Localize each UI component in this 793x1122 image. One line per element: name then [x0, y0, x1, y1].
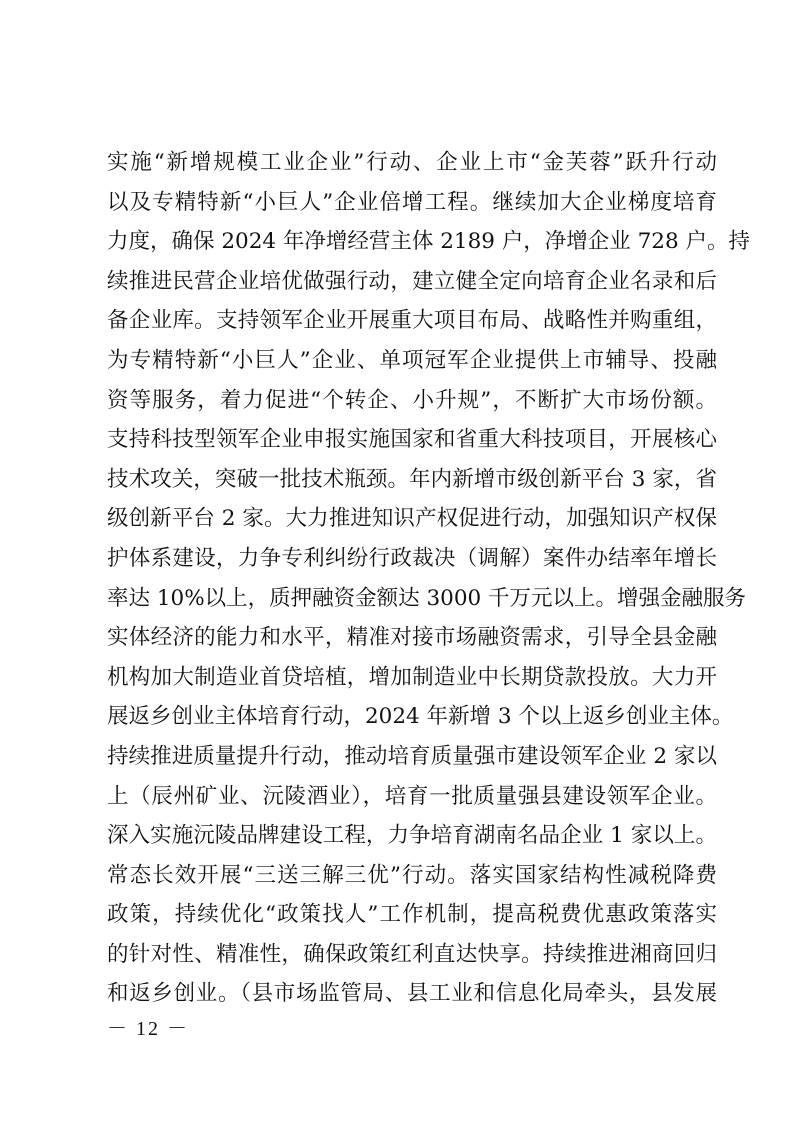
text-line-10: 级创新平台 2 家。大力推进知识产权促进行动，加强知识产权保	[107, 499, 717, 539]
text-line-13: 实体经济的能力和水平，精准对接市场融资需求，引导全县金融	[107, 618, 717, 658]
text-line-5: 备企业库。支持领军企业开展重大项目布局、战略性并购重组，	[107, 301, 717, 341]
text-line-18: 深入实施沅陵品牌建设工程，力争培育湖南名品企业 1 家以上。	[107, 816, 717, 856]
text-line-19: 常态长效开展“三送三解三优”行动。落实国家结构性减税降费	[107, 856, 717, 896]
text-line-7: 资等服务，着力促进“个转企、小升规”，不断扩大市场份额。	[107, 381, 717, 421]
text-line-20: 政策，持续优化“政策找人”工作机制，提高税费优惠政策落实	[107, 895, 717, 935]
text-line-2: 以及专精特新“小巨人”企业倍增工程。继续加大企业梯度培育	[107, 183, 717, 223]
text-line-14: 机构加大制造业首贷培植，增加制造业中长期贷款投放。大力开	[107, 658, 717, 698]
text-line-9: 技术攻关，突破一批技术瓶颈。年内新增市级创新平台 3 家，省	[107, 460, 717, 500]
document-page: 实施“新增规模工业企业”行动、企业上市“金芙蓉”跃升行动 以及专精特新“小巨人”…	[0, 0, 793, 1122]
text-line-6: 为专精特新“小巨人”企业、单项冠军企业提供上市辅导、投融	[107, 341, 717, 381]
text-line-8: 支持科技型领军企业申报实施国家和省重大科技项目，开展核心	[107, 420, 717, 460]
text-line-1: 实施“新增规模工业企业”行动、企业上市“金芙蓉”跃升行动	[107, 143, 717, 183]
page-number: － 12 －	[107, 1017, 189, 1041]
text-line-17: 上（辰州矿业、沅陵酒业），培育一批质量强县建设领军企业。	[107, 777, 717, 817]
text-line-22: 和返乡创业。（县市场监管局、县工业和信息化局牵头，县发展	[107, 974, 717, 1014]
body-paragraph: 实施“新增规模工业企业”行动、企业上市“金芙蓉”跃升行动 以及专精特新“小巨人”…	[107, 143, 717, 1014]
text-line-21: 的针对性、精准性，确保政策红利直达快享。持续推进湘商回归	[107, 935, 717, 975]
text-line-11: 护体系建设，力争专利纠纷行政裁决（调解）案件办结率年增长	[107, 539, 717, 579]
text-line-16: 持续推进质量提升行动，推动培育质量强市建设领军企业 2 家以	[107, 737, 717, 777]
text-line-12: 率达 10%以上，质押融资金额达 3000 千万元以上。增强金融服务	[107, 579, 717, 619]
text-line-4: 续推进民营企业培优做强行动，建立健全定向培育企业名录和后	[107, 262, 717, 302]
text-line-15: 展返乡创业主体培育行动，2024 年新增 3 个以上返乡创业主体。	[107, 697, 717, 737]
text-line-3: 力度，确保 2024 年净增经营主体 2189 户，净增企业 728 户。持	[107, 222, 717, 262]
